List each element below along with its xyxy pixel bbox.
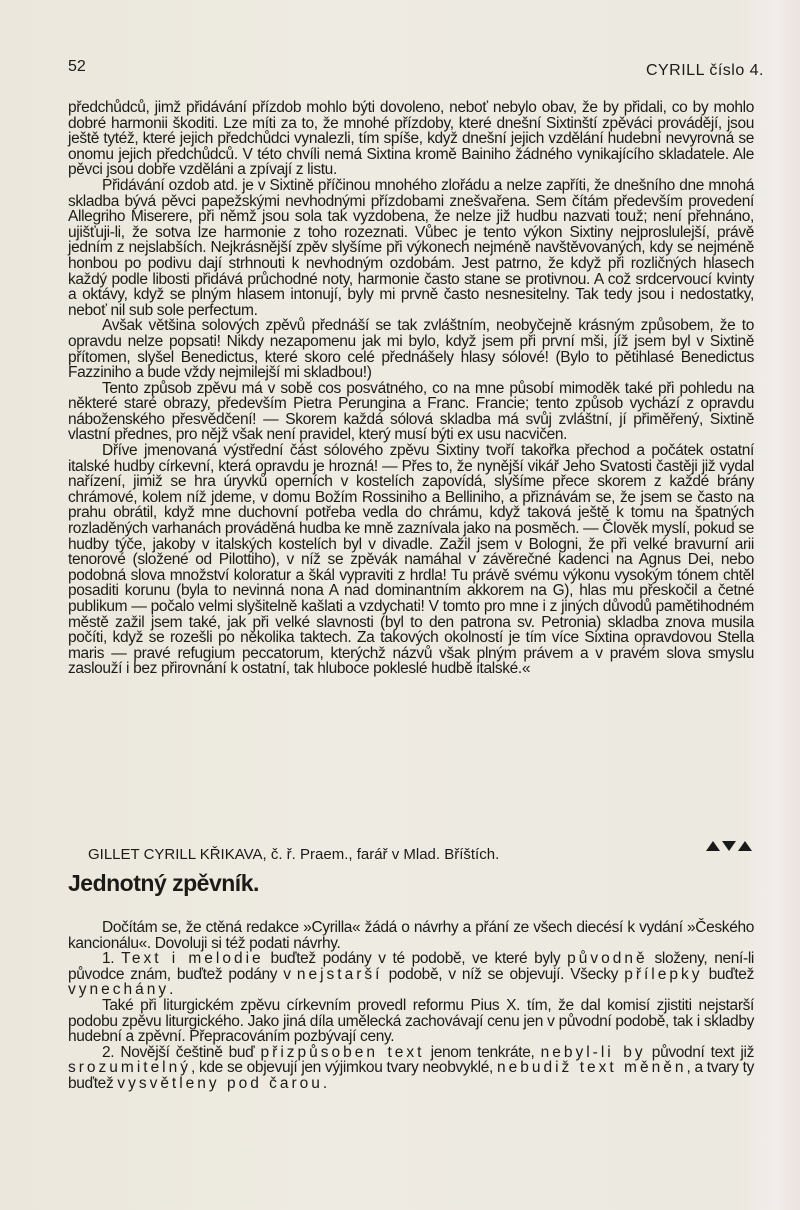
text-run: . [323,1075,327,1092]
text-run: původní text již [646,1044,754,1061]
spaced-emphasis: srozumitelný [68,1059,191,1076]
spaced-emphasis: nejstarší [297,966,383,983]
text-run: buďtež [702,966,754,983]
paragraph-point-2: 2. Novější češtině buď přizpůsoben text … [68,1045,754,1092]
author-line: GILLET CYRILL KŘIKAVA, č. ř. Praem., far… [88,846,499,863]
text-run: podobě, v níž se objevují. Všecky [382,966,624,983]
page-number: 52 [68,58,86,76]
book-page: 52 CYRILL číslo 4. předchůdců, jimž přid… [0,0,800,1210]
article-title: Jednotný zpěvník. [68,870,259,897]
text-run: , kde se objevují jen výjimkou tvary neo… [191,1059,497,1076]
paragraph: předchůdců, jimž přidávání přízdob mohlo… [68,100,754,178]
text-run: Novější češtině buď [120,1044,260,1061]
paragraph: Dříve jmenovaná výstřední část sólového … [68,443,754,677]
spaced-emphasis: Text i melodie [121,950,264,967]
triangle-ornament-icon [706,840,752,852]
paragraph: Avšak většina solových zpěvů přednáší se… [68,318,754,380]
paragraph-point-1: 1. Text i melodie buďtež podány v té pod… [68,951,754,998]
spaced-emphasis: nebudiž text měněn [497,1059,686,1076]
spaced-emphasis: nebyl-li by [541,1044,646,1061]
point-number: 1. [102,950,121,967]
spaced-emphasis: původně [567,950,647,967]
text-run: . [169,981,173,998]
spaced-emphasis: přílepky [624,966,702,983]
text-run: buďtež podány v té podobě, ve které byly [264,950,568,967]
spaced-emphasis: vysvětleny pod čarou [117,1075,323,1092]
paragraph: Také při liturgickém zpěvu církevním pro… [68,998,754,1045]
article-body: Dočítám se, že ctěná redakce »Cyrilla« ž… [68,920,754,1092]
paragraph: Tento způsob zpěvu má v sobě cos posvátn… [68,381,754,443]
paragraph: Dočítám se, že ctěná redakce »Cyrilla« ž… [68,920,754,951]
point-number: 2. [102,1044,120,1061]
running-head: CYRILL číslo 4. [646,62,764,80]
spaced-emphasis: vynechány [68,981,169,998]
article-continuation: předchůdců, jimž přidávání přízdob mohlo… [68,100,754,677]
text-run: jenom tenkráte, [424,1044,540,1061]
paragraph: Přidávání ozdob atd. je v Sixtině příčin… [68,178,754,318]
spaced-emphasis: přizpůsoben text [261,1044,425,1061]
